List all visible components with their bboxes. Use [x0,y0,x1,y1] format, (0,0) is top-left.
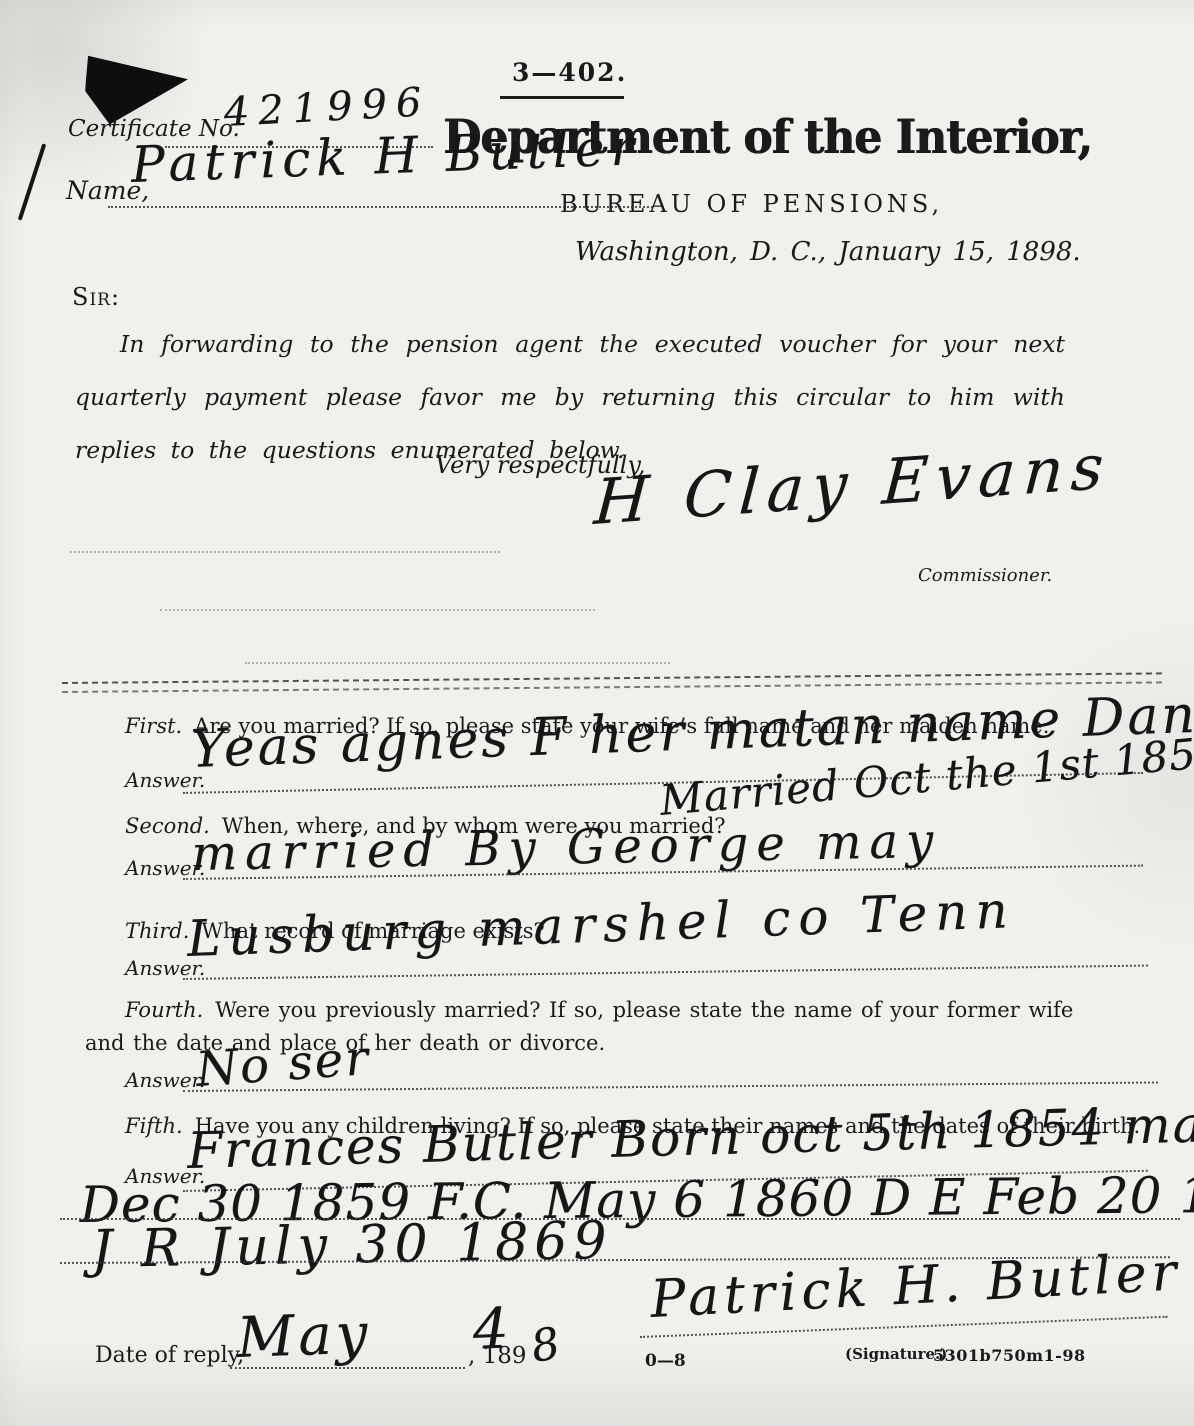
answer-1-label: Answer. [125,768,205,792]
ink-blot-mark [85,48,188,126]
stock-number: 5301b750m1-98 [933,1346,1086,1365]
claimant-signature-handwritten: Patrick H. Butler [649,1242,1183,1330]
date-of-reply-label: Date of reply, [95,1343,244,1368]
answer-2-label: Answer. [125,856,205,880]
question-5-number: Fifth. [125,1114,183,1138]
stray-pen-mark [18,143,47,220]
year-digit-handwritten: 8 [527,1318,563,1373]
question-4-number: Fourth. [125,998,203,1022]
blank-dotted-line-3 [245,662,670,664]
answer-3-label: Answer. [125,956,205,980]
answer-3-dotted-line [183,965,1148,980]
fold-separator-line [62,672,1162,693]
answer-2-handwritten: married By George may [191,813,942,882]
answer-4-label: Answer. [125,1068,205,1092]
salutation: Sir: [72,283,120,311]
blank-dotted-line-1 [70,551,500,553]
print-code: 0—8 [645,1351,686,1371]
form-number: 3—402. [512,58,627,87]
year-printed-prefix: , 189 [468,1343,527,1369]
bureau-heading: BUREAU OF PENSIONS, [560,190,943,218]
question-1-number: First. [125,714,182,738]
answer-3-handwritten: Lusburg marshel co Tenn [186,881,1017,968]
form-number-rule [500,96,624,99]
pension-questionnaire-document: 3—402. Certificate No. 421996 Department… [0,0,1194,1426]
blank-dotted-line-2 [160,609,595,611]
dateline: Washington, D. C., January 15, 1898. [575,237,1081,267]
question-3-number: Third. [125,919,189,943]
answer-5-line3-handwritten: J R July 30 1869 [91,1211,613,1280]
date-dotted-line [230,1367,465,1369]
commissioner-title: Commissioner. [918,565,1052,586]
name-dotted-line [108,206,653,208]
signature-caption: (Signature.) [845,1345,947,1363]
